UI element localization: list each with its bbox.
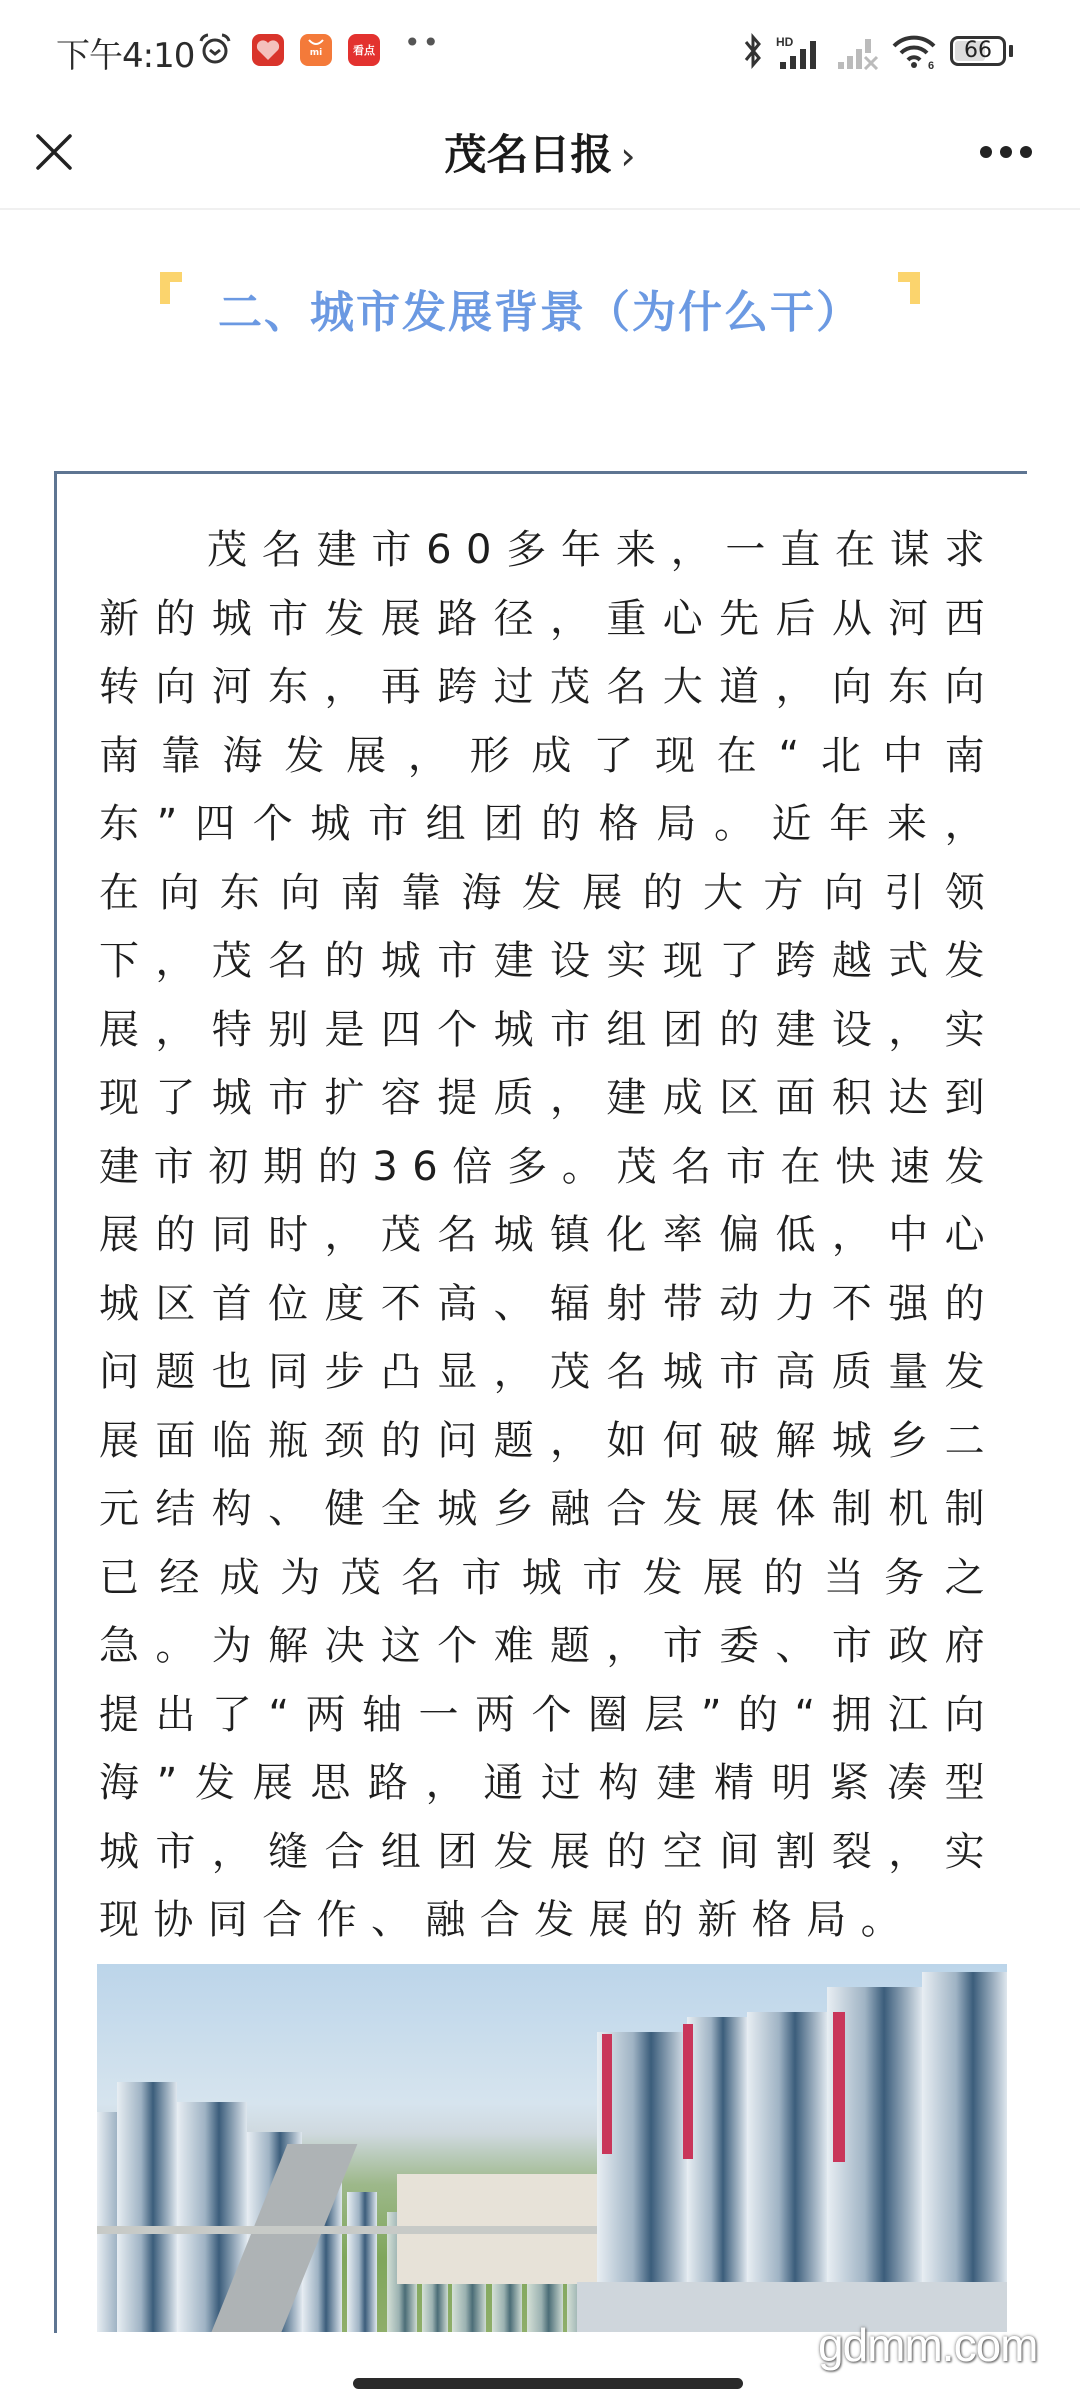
svg-text:6: 6 xyxy=(928,60,934,70)
account-title-link[interactable]: 茂名日报› xyxy=(0,122,1080,182)
pinduoduo-app-icon xyxy=(252,34,284,66)
battery-tip xyxy=(1009,45,1013,57)
svg-text:HD: HD xyxy=(776,35,794,49)
app-header: 茂名日报› xyxy=(0,100,1080,210)
bracket-right-decoration xyxy=(898,272,920,304)
home-indicator[interactable] xyxy=(353,2378,743,2389)
more-notifications-icon: •• xyxy=(404,26,441,59)
status-time: 下午4:10 xyxy=(56,28,194,77)
article-paragraph: 茂名建市60多年来，一直在谋求新的城市发展路径，重心先后从河西转向河东，再跨过茂… xyxy=(99,516,999,1955)
battery-icon: 66 xyxy=(950,36,1006,66)
account-title: 茂名日报 xyxy=(444,130,612,179)
site-watermark: gdmm.com xyxy=(818,2318,1037,2372)
more-icon[interactable] xyxy=(978,140,1034,164)
mi-store-app-icon: mi xyxy=(300,34,332,66)
mi-store-label: mi xyxy=(300,48,332,58)
kandian-label: 看点 xyxy=(348,42,380,58)
bluetooth-icon xyxy=(742,32,764,70)
section-heading: 二、城市发展背景（为什么干） xyxy=(0,262,1080,342)
chevron-right-icon: › xyxy=(620,134,635,178)
signal-no-service-icon xyxy=(836,34,880,70)
battery-level: 66 xyxy=(953,38,1003,63)
city-aerial-photo[interactable] xyxy=(97,1964,1007,2332)
kandian-app-icon: 看点 xyxy=(348,34,380,66)
wifi-icon: 6 xyxy=(890,32,938,70)
signal-hd-icon: HD xyxy=(776,34,822,70)
alarm-icon xyxy=(198,32,232,66)
status-bar: 下午4:10 mi 看点 •• HD 6 xyxy=(0,0,1080,100)
